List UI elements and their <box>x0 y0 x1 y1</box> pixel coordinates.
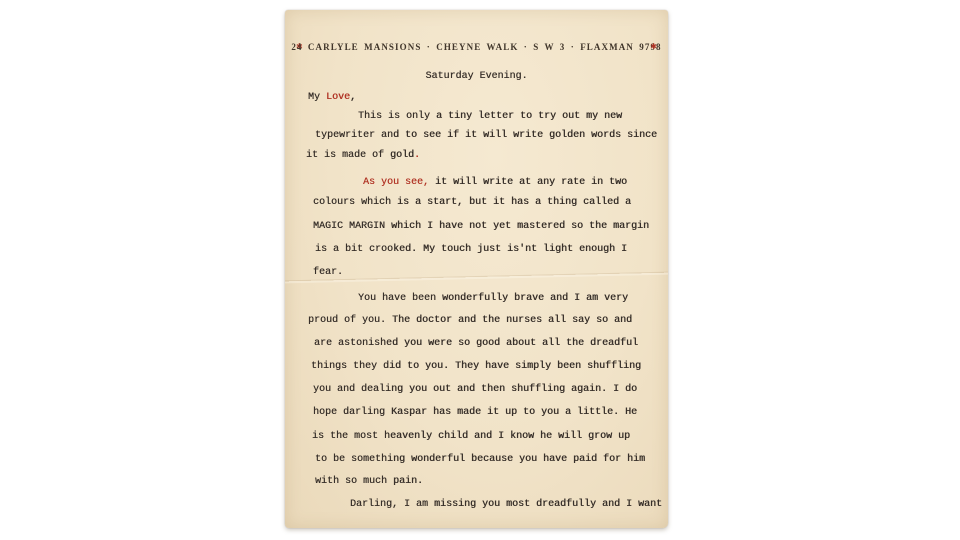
letter-line: As you see, it will write at any rate in… <box>363 172 627 194</box>
text-segment: fear. <box>313 267 343 278</box>
letter-line: My Love, <box>308 87 356 109</box>
letter-line: to be something wonderful because you ha… <box>315 449 645 471</box>
text-segment: it will write at any rate in two <box>429 177 627 188</box>
letter-line: fear. <box>313 262 343 284</box>
letter-paper: ✱ 24 CARLYLE MANSIONS · CHEYNE WALK · S … <box>285 10 668 528</box>
letterhead-star-icon: ✱ <box>650 40 657 54</box>
letter-line: proud of you. The doctor and the nurses … <box>308 310 632 332</box>
text-segment: to be something wonderful because you ha… <box>315 454 645 465</box>
letterhead: ✱ 24 CARLYLE MANSIONS · CHEYNE WALK · S … <box>285 40 668 54</box>
text-segment: things they did to you. They have simply… <box>311 361 641 372</box>
letter-line: colours which is a start, but it has a t… <box>313 192 631 214</box>
letter-line: Darling, I am missing you most dreadfull… <box>350 494 662 516</box>
text-segment: This is only a tiny letter to try out my… <box>358 111 622 122</box>
text-segment: you and dealing you out and then shuffli… <box>313 384 637 395</box>
letter-line: typewriter and to see if it will write g… <box>315 125 657 147</box>
letter-line: You have been wonderfully brave and I am… <box>358 288 628 310</box>
text-segment: As you see, <box>363 177 429 188</box>
text-segment: are astonished you were so good about al… <box>314 338 638 349</box>
text-segment: colours which is a start, but it has a t… <box>313 197 631 208</box>
letter-line: it is made of gold. <box>306 145 420 167</box>
text-segment: hope darling Kaspar has made it up to yo… <box>313 407 637 418</box>
text-segment: typewriter and to see if it will write g… <box>315 130 657 141</box>
letterhead-address: 24 CARLYLE MANSIONS · CHEYNE WALK · S W … <box>285 40 668 54</box>
dateline: Saturday Evening. <box>285 66 668 88</box>
letter-line: is a bit crooked. My touch just is'nt li… <box>315 239 627 261</box>
letter-line: things they did to you. They have simply… <box>311 356 641 378</box>
text-segment: My <box>308 92 326 103</box>
text-segment: You have been wonderfully brave and I am… <box>358 293 628 304</box>
letter-line: with so much pain. <box>315 471 423 493</box>
text-segment: proud of you. The doctor and the nurses … <box>308 315 632 326</box>
text-segment: , <box>350 92 356 103</box>
text-segment: . <box>414 150 420 161</box>
text-segment: Love <box>326 92 350 103</box>
text-segment: is the most heavenly child and I know he… <box>312 431 630 442</box>
letter-line: you and dealing you out and then shuffli… <box>313 379 637 401</box>
letter-line: is the most heavenly child and I know he… <box>312 426 630 448</box>
letter-line: hope darling Kaspar has made it up to yo… <box>313 402 637 424</box>
letter-line: are astonished you were so good about al… <box>314 333 638 355</box>
text-segment: MAGIC MARGIN which I have not yet master… <box>313 221 649 232</box>
text-segment: it is made of gold <box>306 150 414 161</box>
text-segment: Darling, I am missing you most dreadfull… <box>350 499 662 510</box>
text-segment: is a bit crooked. My touch just is'nt li… <box>315 244 627 255</box>
text-segment: with so much pain. <box>315 476 423 487</box>
photo-background: ✱ 24 CARLYLE MANSIONS · CHEYNE WALK · S … <box>0 0 960 540</box>
letter-line: MAGIC MARGIN which I have not yet master… <box>313 216 649 238</box>
